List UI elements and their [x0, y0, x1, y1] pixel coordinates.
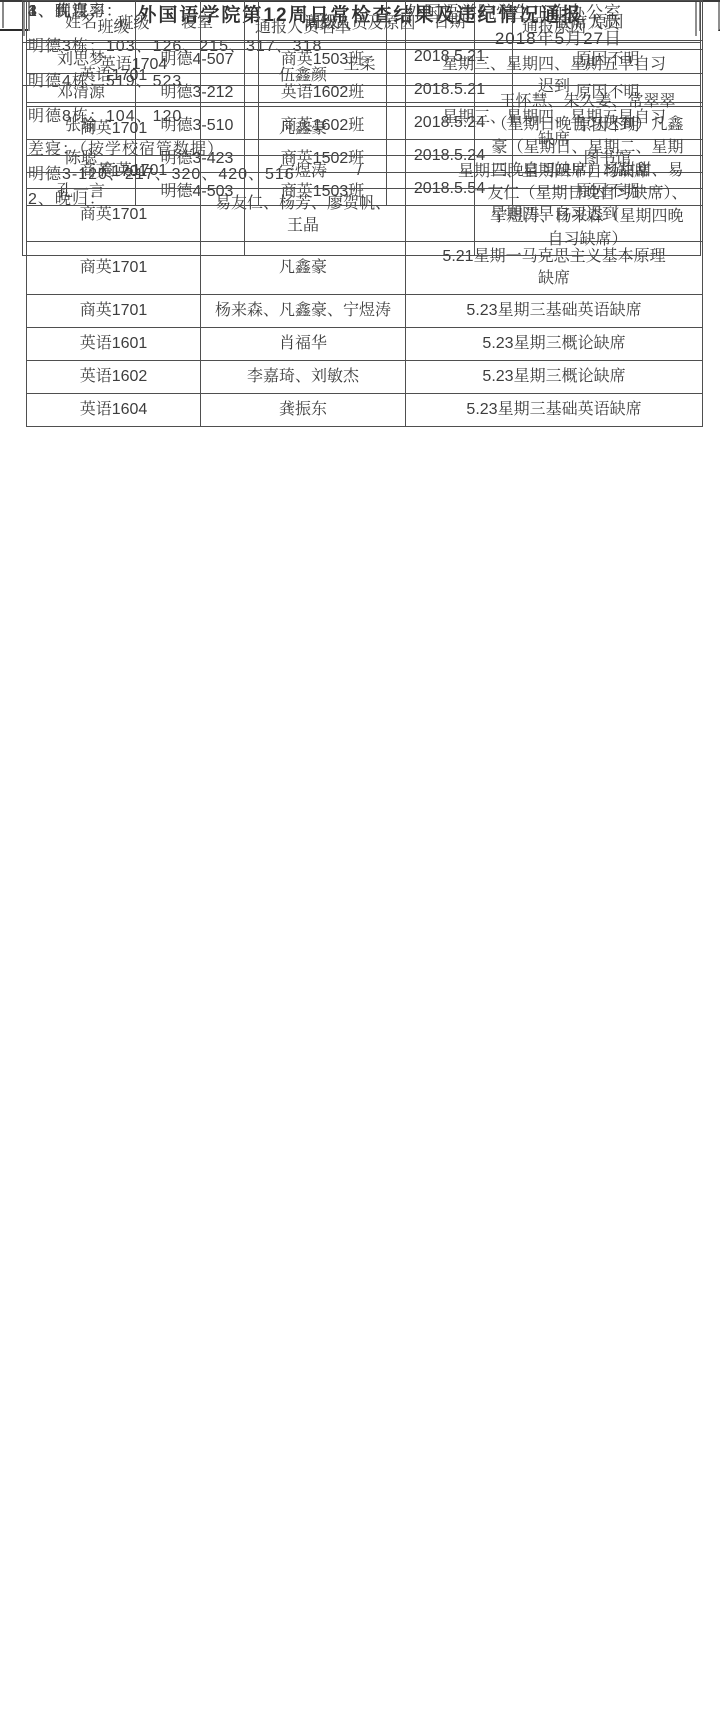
table-row: 英语1601肖福华5.23星期三概论缺席	[27, 328, 703, 361]
table-cell: 5.23星期三概论缺席	[406, 361, 703, 394]
table-cell: 杨来森、凡鑫豪、宁煜涛	[201, 295, 406, 328]
table-cell: /	[245, 86, 475, 256]
table-cell: 英语1602	[27, 361, 201, 394]
table-row: 英语1602李嘉琦、刘敏杰5.23星期三概论缺席	[27, 361, 703, 394]
table-row: 英语1604龚振东5.23星期三基础英语缺席	[27, 394, 703, 427]
table-cell: 英语1704	[23, 43, 245, 86]
footer-date: 2018年5月27日	[406, 26, 622, 52]
table-cell: 王怀慧、朱久姜、常翠翠（星期日晚自习迟到）凡鑫豪（星期日、星期二、星期四晚自习缺…	[475, 86, 701, 256]
table-cell: 英语1604	[27, 394, 201, 427]
table-cell: 李嘉琦、刘敏杰	[201, 361, 406, 394]
table-row: 商英1701杨来森、凡鑫豪、宁煜涛5.23星期三基础英语缺席	[27, 295, 703, 328]
table-cell: 5.23星期三基础英语缺席	[406, 295, 703, 328]
table-cell: 肖福华	[201, 328, 406, 361]
column-header: 班级	[23, 1, 245, 43]
document-footer: 外国语学院学生工作办公室 2018年5月27日	[406, 0, 622, 52]
table-cell: 商英1701	[23, 86, 245, 256]
table-cell: 商英1701	[27, 295, 201, 328]
footer-office: 外国语学院学生工作办公室	[406, 0, 622, 26]
document-page: 外国语学院第12周日常检查结果及违纪情况通报 1、优寝： 明德3栋：103、12…	[0, 0, 720, 1718]
table-cell: 5.23星期三概论缺席	[406, 328, 703, 361]
table-cell: 龚振东	[201, 394, 406, 427]
table-cell: 英语1601	[27, 328, 201, 361]
table-cell: 5.23星期三基础英语缺席	[406, 394, 703, 427]
table-row: 商英1701/王怀慧、朱久姜、常翠翠（星期日晚自习迟到）凡鑫豪（星期日、星期二、…	[23, 86, 701, 256]
